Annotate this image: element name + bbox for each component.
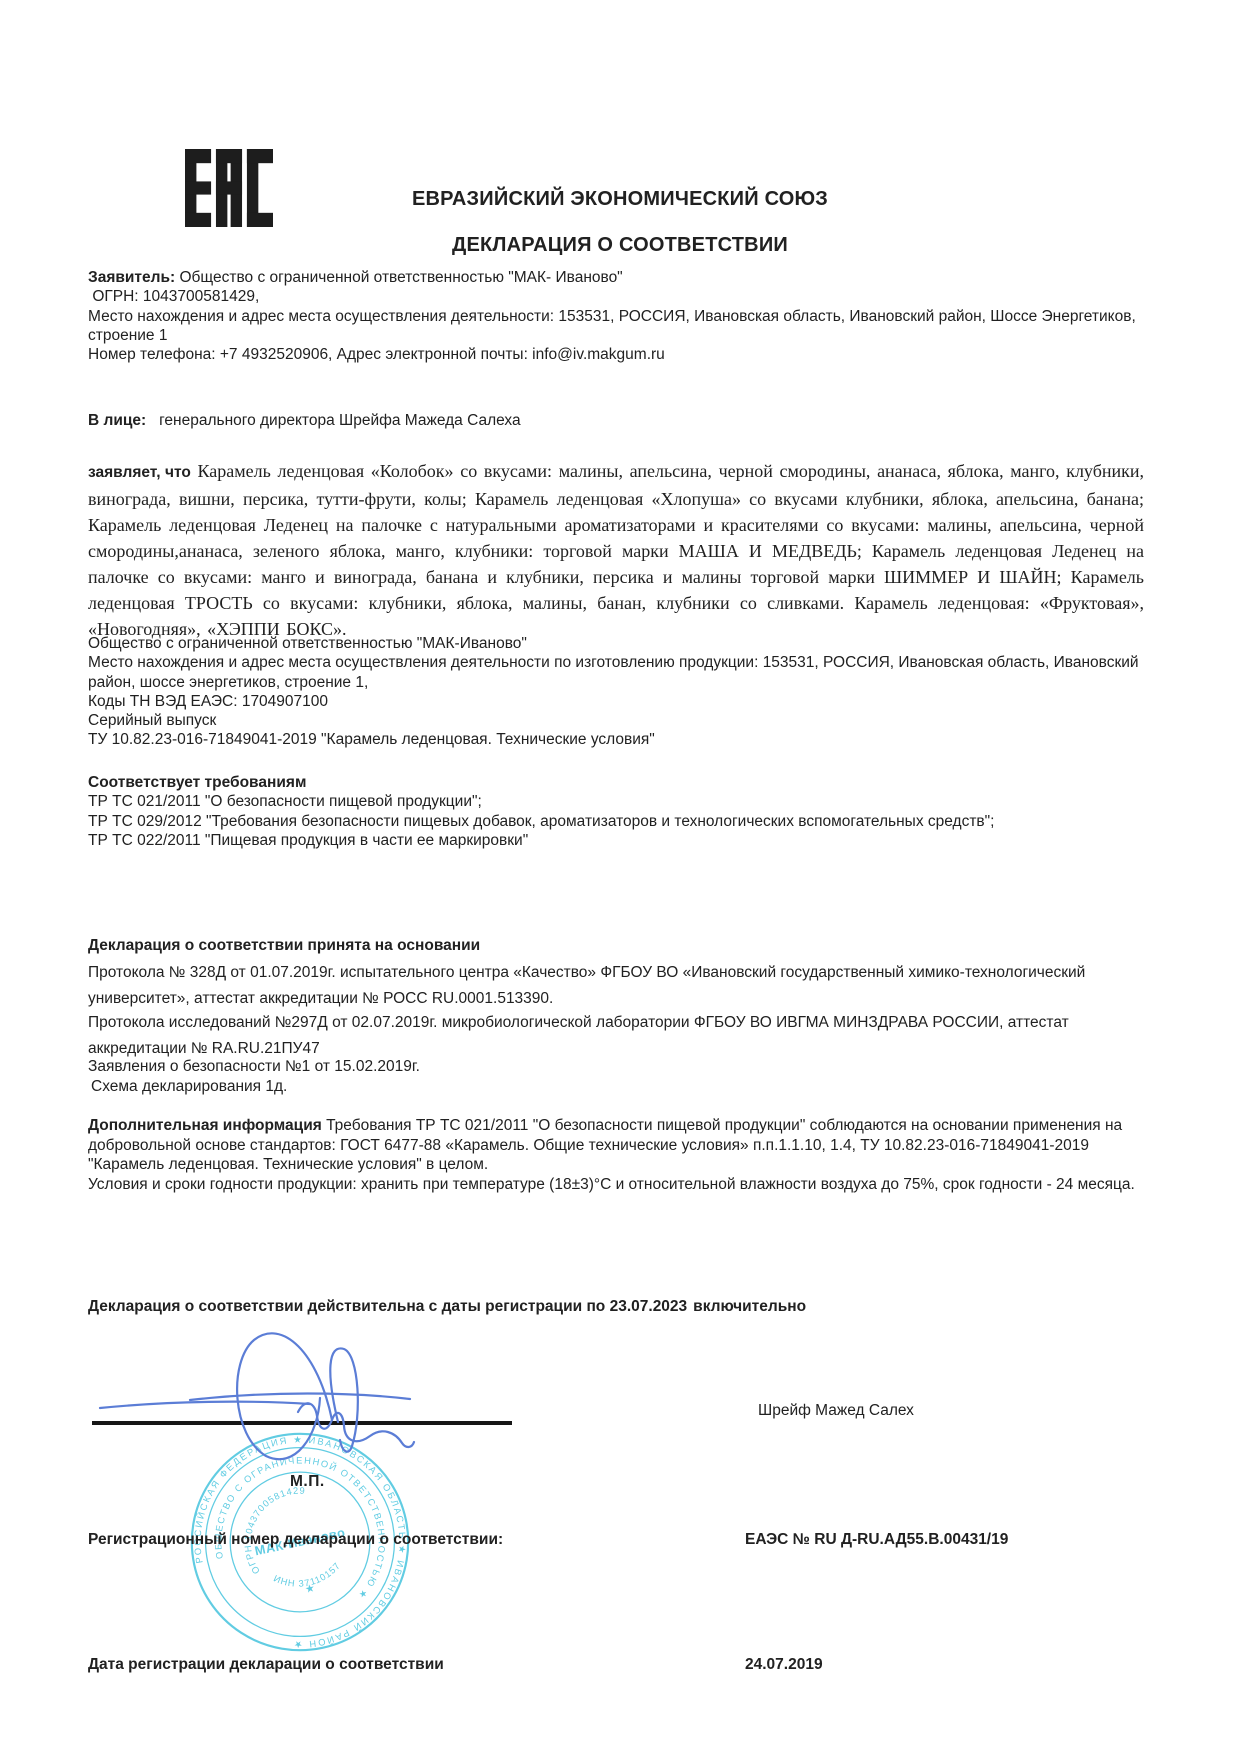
basis-item: Протокола № 328Д от 01.07.2019г. испытат… xyxy=(88,960,1098,1011)
serial-production: Серийный выпуск xyxy=(88,711,1156,730)
validity-date: 23.07.2023 xyxy=(610,1298,688,1315)
tu-standard: ТУ 10.82.23-016-71849041-2019 "Карамель … xyxy=(88,730,1156,749)
tn-ved-codes: Коды ТН ВЭД ЕАЭС: 1704907100 xyxy=(88,692,1156,711)
additional-info-label: Дополнительная информация xyxy=(88,1117,322,1134)
stamp-place-label: М.П. xyxy=(290,1472,325,1491)
basis-header: Декларация о соответствии принята на осн… xyxy=(88,936,1156,955)
applicant-contacts: Номер телефона: +7 4932520906, Адрес эле… xyxy=(88,345,1156,364)
storage-conditions: Условия и сроки годности продукции: хран… xyxy=(88,1175,1158,1195)
compliance-item: ТР ТС 029/2012 "Требования безопасности … xyxy=(88,812,1156,831)
applicant-ogrn: ОГРН: 1043700581429, xyxy=(88,287,1156,306)
registration-date-value: 24.07.2019 xyxy=(745,1655,823,1674)
representative-text: генерального директора Шрейфа Мажеда Сал… xyxy=(159,412,521,429)
additional-info-section: Дополнительная информация Требования ТР … xyxy=(88,1116,1158,1194)
applicant-name: Общество с ограниченной ответственностью… xyxy=(180,269,623,286)
compliance-section: Соответствует требованиям ТР ТС 021/2011… xyxy=(88,773,1156,850)
basis-item: Схема декларирования 1д. xyxy=(91,1077,287,1096)
representative-section: В лице: генерального директора Шрейфа Ма… xyxy=(88,411,1156,430)
compliance-item: ТР ТС 022/2011 "Пищевая продукция в част… xyxy=(88,831,1156,850)
applicant-address: Место нахождения и адрес места осуществл… xyxy=(88,307,1156,346)
compliance-item: ТР ТС 021/2011 "О безопасности пищевой п… xyxy=(88,792,1156,811)
manufacturer-address: Место нахождения и адрес места осуществл… xyxy=(88,653,1156,692)
validity-suffix: включительно xyxy=(693,1298,806,1315)
document-title: ДЕКЛАРАЦИЯ О СООТВЕТСТВИИ xyxy=(88,234,1152,257)
manufacturer-section: Общество с ограниченной ответственностью… xyxy=(88,634,1156,750)
manufacturer-name: Общество с ограниченной ответственностью… xyxy=(88,634,1156,653)
applicant-name-line: Заявитель: Общество с ограниченной ответ… xyxy=(88,268,1156,287)
declares-label: заявляет, что xyxy=(88,464,191,481)
registration-date-label: Дата регистрации декларации о соответств… xyxy=(88,1655,444,1674)
declaration-document: ЕВРАЗИЙСКИЙ ЭКОНОМИЧЕСКИЙ СОЮЗ ДЕКЛАРАЦИ… xyxy=(0,0,1240,1753)
applicant-section: Заявитель: Общество с ограниченной ответ… xyxy=(88,268,1156,364)
union-title: ЕВРАЗИЙСКИЙ ЭКОНОМИЧЕСКИЙ СОЮЗ xyxy=(88,188,1152,211)
applicant-label: Заявитель: xyxy=(88,269,175,286)
compliance-header: Соответствует требованиям xyxy=(88,773,1156,792)
handwritten-signature xyxy=(80,1305,530,1470)
additional-info-text: Дополнительная информация Требования ТР … xyxy=(88,1116,1158,1175)
registration-number-label: Регистрационный номер декларации о соотв… xyxy=(88,1530,503,1549)
representative-label: В лице: xyxy=(88,412,146,429)
basis-item: Протокола исследований №297Д от 02.07.20… xyxy=(88,1010,1143,1061)
basis-item: Заявления о безопасности №1 от 15.02.201… xyxy=(88,1057,420,1076)
declared-products-section: заявляет, что Карамель леденцовая «Колоб… xyxy=(88,458,1144,642)
declared-products-text: Карамель леденцовая «Колобок» со вкусами… xyxy=(88,461,1144,639)
registration-number-value: ЕАЭС № RU Д-RU.АД55.В.00431/19 xyxy=(745,1530,1008,1549)
signer-name: Шрейф Мажед Салех xyxy=(758,1401,914,1420)
